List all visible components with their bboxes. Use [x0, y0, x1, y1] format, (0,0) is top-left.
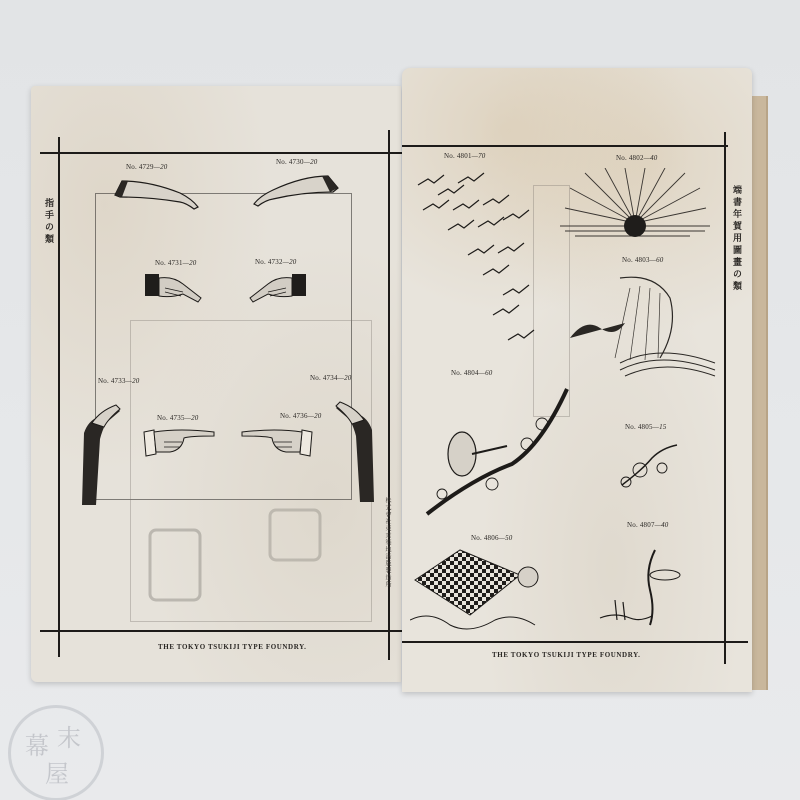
gutter-imprint: 株式會社東京築地活版製造所 [383, 497, 392, 588]
left-footer: THE TOKYO TSUKIJI TYPE FOUNDRY. [158, 643, 306, 651]
show-through-illustration [130, 500, 360, 620]
raised-arm-pointing-icon [328, 390, 378, 505]
specimen-label-4807: No. 4807—40 [627, 521, 668, 529]
specimen-label-4806: No. 4806—50 [471, 534, 512, 542]
pine-bonsai-icon [595, 530, 685, 630]
left-top-rule [40, 152, 402, 154]
specimen-label-4805: No. 4805—15 [625, 423, 666, 431]
seal-char: 屋 [45, 754, 69, 789]
checkered-kite-icon [410, 545, 580, 635]
right-top-rule [402, 145, 728, 147]
book-page-edges [752, 96, 768, 690]
seal-char: 末 [57, 718, 81, 753]
specimen-label-4733: No. 4733—20 [98, 377, 139, 385]
specimen-label-4804: No. 4804—60 [451, 369, 492, 377]
specimen-label-4736: No. 4736—20 [280, 412, 321, 420]
left-bottom-rule [40, 630, 402, 632]
specimen-label-4732: No. 4732—20 [255, 258, 296, 266]
pointing-hand-icon [246, 270, 308, 306]
raised-arm-pointing-icon [78, 393, 128, 508]
specimen-label-4730: No. 4730—20 [276, 158, 317, 166]
specimen-label-4802: No. 4802—40 [616, 154, 657, 162]
waves-rocks-icon [560, 268, 720, 383]
watermark-seal: 幕 末 屋 [8, 705, 104, 800]
left-outer-vertical-rule [58, 137, 60, 657]
left-side-title: 指手の類 [42, 198, 55, 246]
specimen-label-4801: No. 4801—70 [444, 152, 485, 160]
pointing-arm-icon [248, 170, 343, 210]
cuffed-hand-pointing-icon [238, 424, 316, 460]
specimen-label-4729: No. 4729—20 [126, 163, 167, 171]
right-bottom-rule [402, 641, 748, 643]
right-side-title: 端書年賀用圖畫の類 [730, 185, 743, 293]
right-outer-vertical-rule [724, 132, 726, 664]
specimen-label-4734: No. 4734—20 [310, 374, 351, 382]
specimen-label-4731: No. 4731—20 [155, 259, 196, 267]
pointing-hand-icon [143, 270, 205, 306]
bird-on-plum-branch-icon [422, 384, 582, 524]
plum-blossom-sprig-icon [612, 440, 682, 490]
cuffed-hand-pointing-icon [140, 424, 218, 460]
right-footer: THE TOKYO TSUKIJI TYPE FOUNDRY. [492, 651, 640, 659]
specimen-label-4735: No. 4735—20 [157, 414, 198, 422]
rising-sun-icon [560, 168, 710, 243]
specimen-label-4803: No. 4803—60 [622, 256, 663, 264]
pointing-arm-icon [110, 175, 205, 215]
cranes-flock-icon [408, 165, 538, 355]
